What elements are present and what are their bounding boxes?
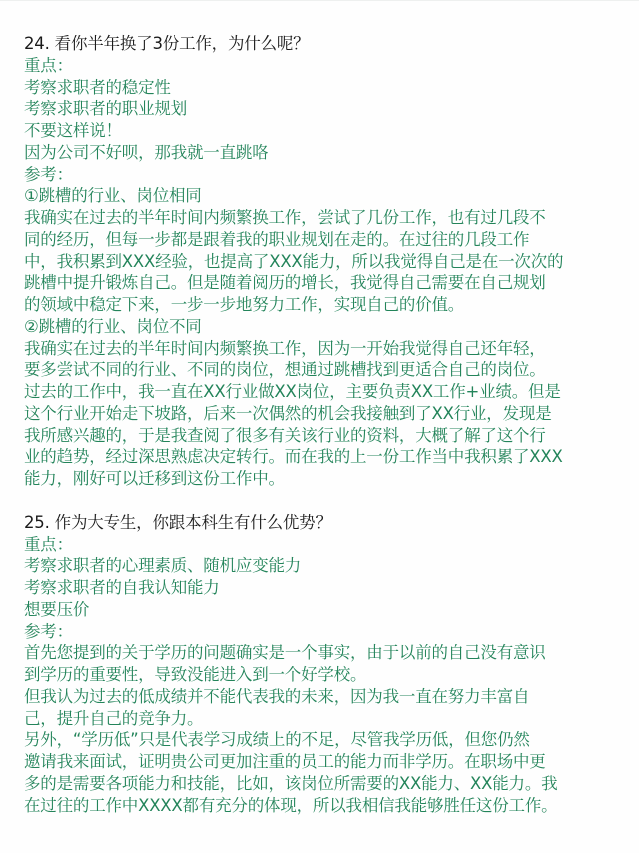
reference-line: 到学历的重要性，导致没能进入到一个好学校。 xyxy=(24,664,624,686)
reference-label: 参考： xyxy=(24,621,624,643)
key-point: 考察求职者的心理素质、随机应变能力 xyxy=(24,555,624,577)
reference-label: 参考： xyxy=(24,164,624,186)
reference-line: 首先您提到的关于学历的问题确实是一个事实，由于以前的自己没有意识 xyxy=(24,642,624,664)
section-gap xyxy=(24,490,624,512)
question-title: 25. 作为大专生，你跟本科生有什么优势？ xyxy=(24,512,624,534)
question-24-section: 24. 看你半年换了3份工作，为什么呢？ 重点： 考察求职者的稳定性 考察求职者… xyxy=(24,33,624,490)
question-25-section: 25. 作为大专生，你跟本科生有什么优势？ 重点： 考察求职者的心理素质、随机应… xyxy=(24,512,624,817)
key-point: 考察求职者的职业规划 xyxy=(24,98,624,120)
key-points-label: 重点： xyxy=(24,55,624,77)
reference-line: 的领域中稳定下来，一步一步地努力工作，实现自己的价值。 xyxy=(24,294,624,316)
reference-line: 同的经历，但每一步都是跟着我的职业规划在走的。在过往的几段工作 xyxy=(24,229,624,251)
reference-line: 多的是需要各项能力和技能，比如，该岗位所需要的XX能力、XX能力。我 xyxy=(24,773,624,795)
reference-line: 我确实在过去的半年时间内频繁换工作，尝试了几份工作，也有过几段不 xyxy=(24,207,624,229)
key-points-label: 重点： xyxy=(24,534,624,556)
reference-line: 己，提升自己的竞争力。 xyxy=(24,708,624,730)
reference-line: 邀请我来面试，证明贵公司更加注重的员工的能力而非学历。在职场中更 xyxy=(24,751,624,773)
question-title: 24. 看你半年换了3份工作，为什么呢？ xyxy=(24,33,624,55)
reference-line: 过去的工作中，我一直在XX行业做XX岗位，主要负责XX工作+业绩。但是 xyxy=(24,381,624,403)
document-content: 24. 看你半年换了3份工作，为什么呢？ 重点： 考察求职者的稳定性 考察求职者… xyxy=(24,33,624,816)
reference-line: ①跳槽的行业、岗位相同 xyxy=(24,185,624,207)
reference-line: 能力，刚好可以迁移到这份工作中。 xyxy=(24,468,624,490)
reference-line: 中，我积累到XXX经验，也提高了XXX能力，所以我觉得自己是在一次次的 xyxy=(24,251,624,273)
reference-line: 我确实在过去的半年时间内频繁换工作，因为一开始我觉得自己还年轻， xyxy=(24,338,624,360)
reference-line: 另外，“学历低”只是代表学习成绩上的不足，尽管我学历低，但您仍然 xyxy=(24,729,624,751)
dont-say-text: 因为公司不好呗，那我就一直跳咯 xyxy=(24,142,624,164)
reference-line: 要多尝试不同的行业、不同的岗位，想通过跳槽找到更适合自己的岗位。 xyxy=(24,359,624,381)
key-point: 考察求职者的自我认知能力 xyxy=(24,577,624,599)
reference-line: ②跳槽的行业、岗位不同 xyxy=(24,316,624,338)
reference-line: 跳槽中提升锻炼自己。但是随着阅历的增长，我觉得自己需要在自己规划 xyxy=(24,272,624,294)
dont-say-label: 不要这样说！ xyxy=(24,120,624,142)
reference-line: 这个行业开始走下坡路，后来一次偶然的机会我接触到了XX行业，发现是 xyxy=(24,403,624,425)
reference-line: 业的趋势，经过深思熟虑决定转行。而在我的上一份工作当中我积累了XXX xyxy=(24,446,624,468)
reference-line: 但我认为过去的低成绩并不能代表我的未来，因为我一直在努力丰富自 xyxy=(24,686,624,708)
reference-line: 在过往的工作中XXXX都有充分的体现，所以我相信我能够胜任这份工作。 xyxy=(24,795,624,817)
key-point: 想要压价 xyxy=(24,599,624,621)
document-page: 24. 看你半年换了3份工作，为什么呢？ 重点： 考察求职者的稳定性 考察求职者… xyxy=(0,0,639,853)
reference-line: 我所感兴趣的，于是我查阅了很多有关该行业的资料，大概了解了这个行 xyxy=(24,425,624,447)
key-point: 考察求职者的稳定性 xyxy=(24,77,624,99)
